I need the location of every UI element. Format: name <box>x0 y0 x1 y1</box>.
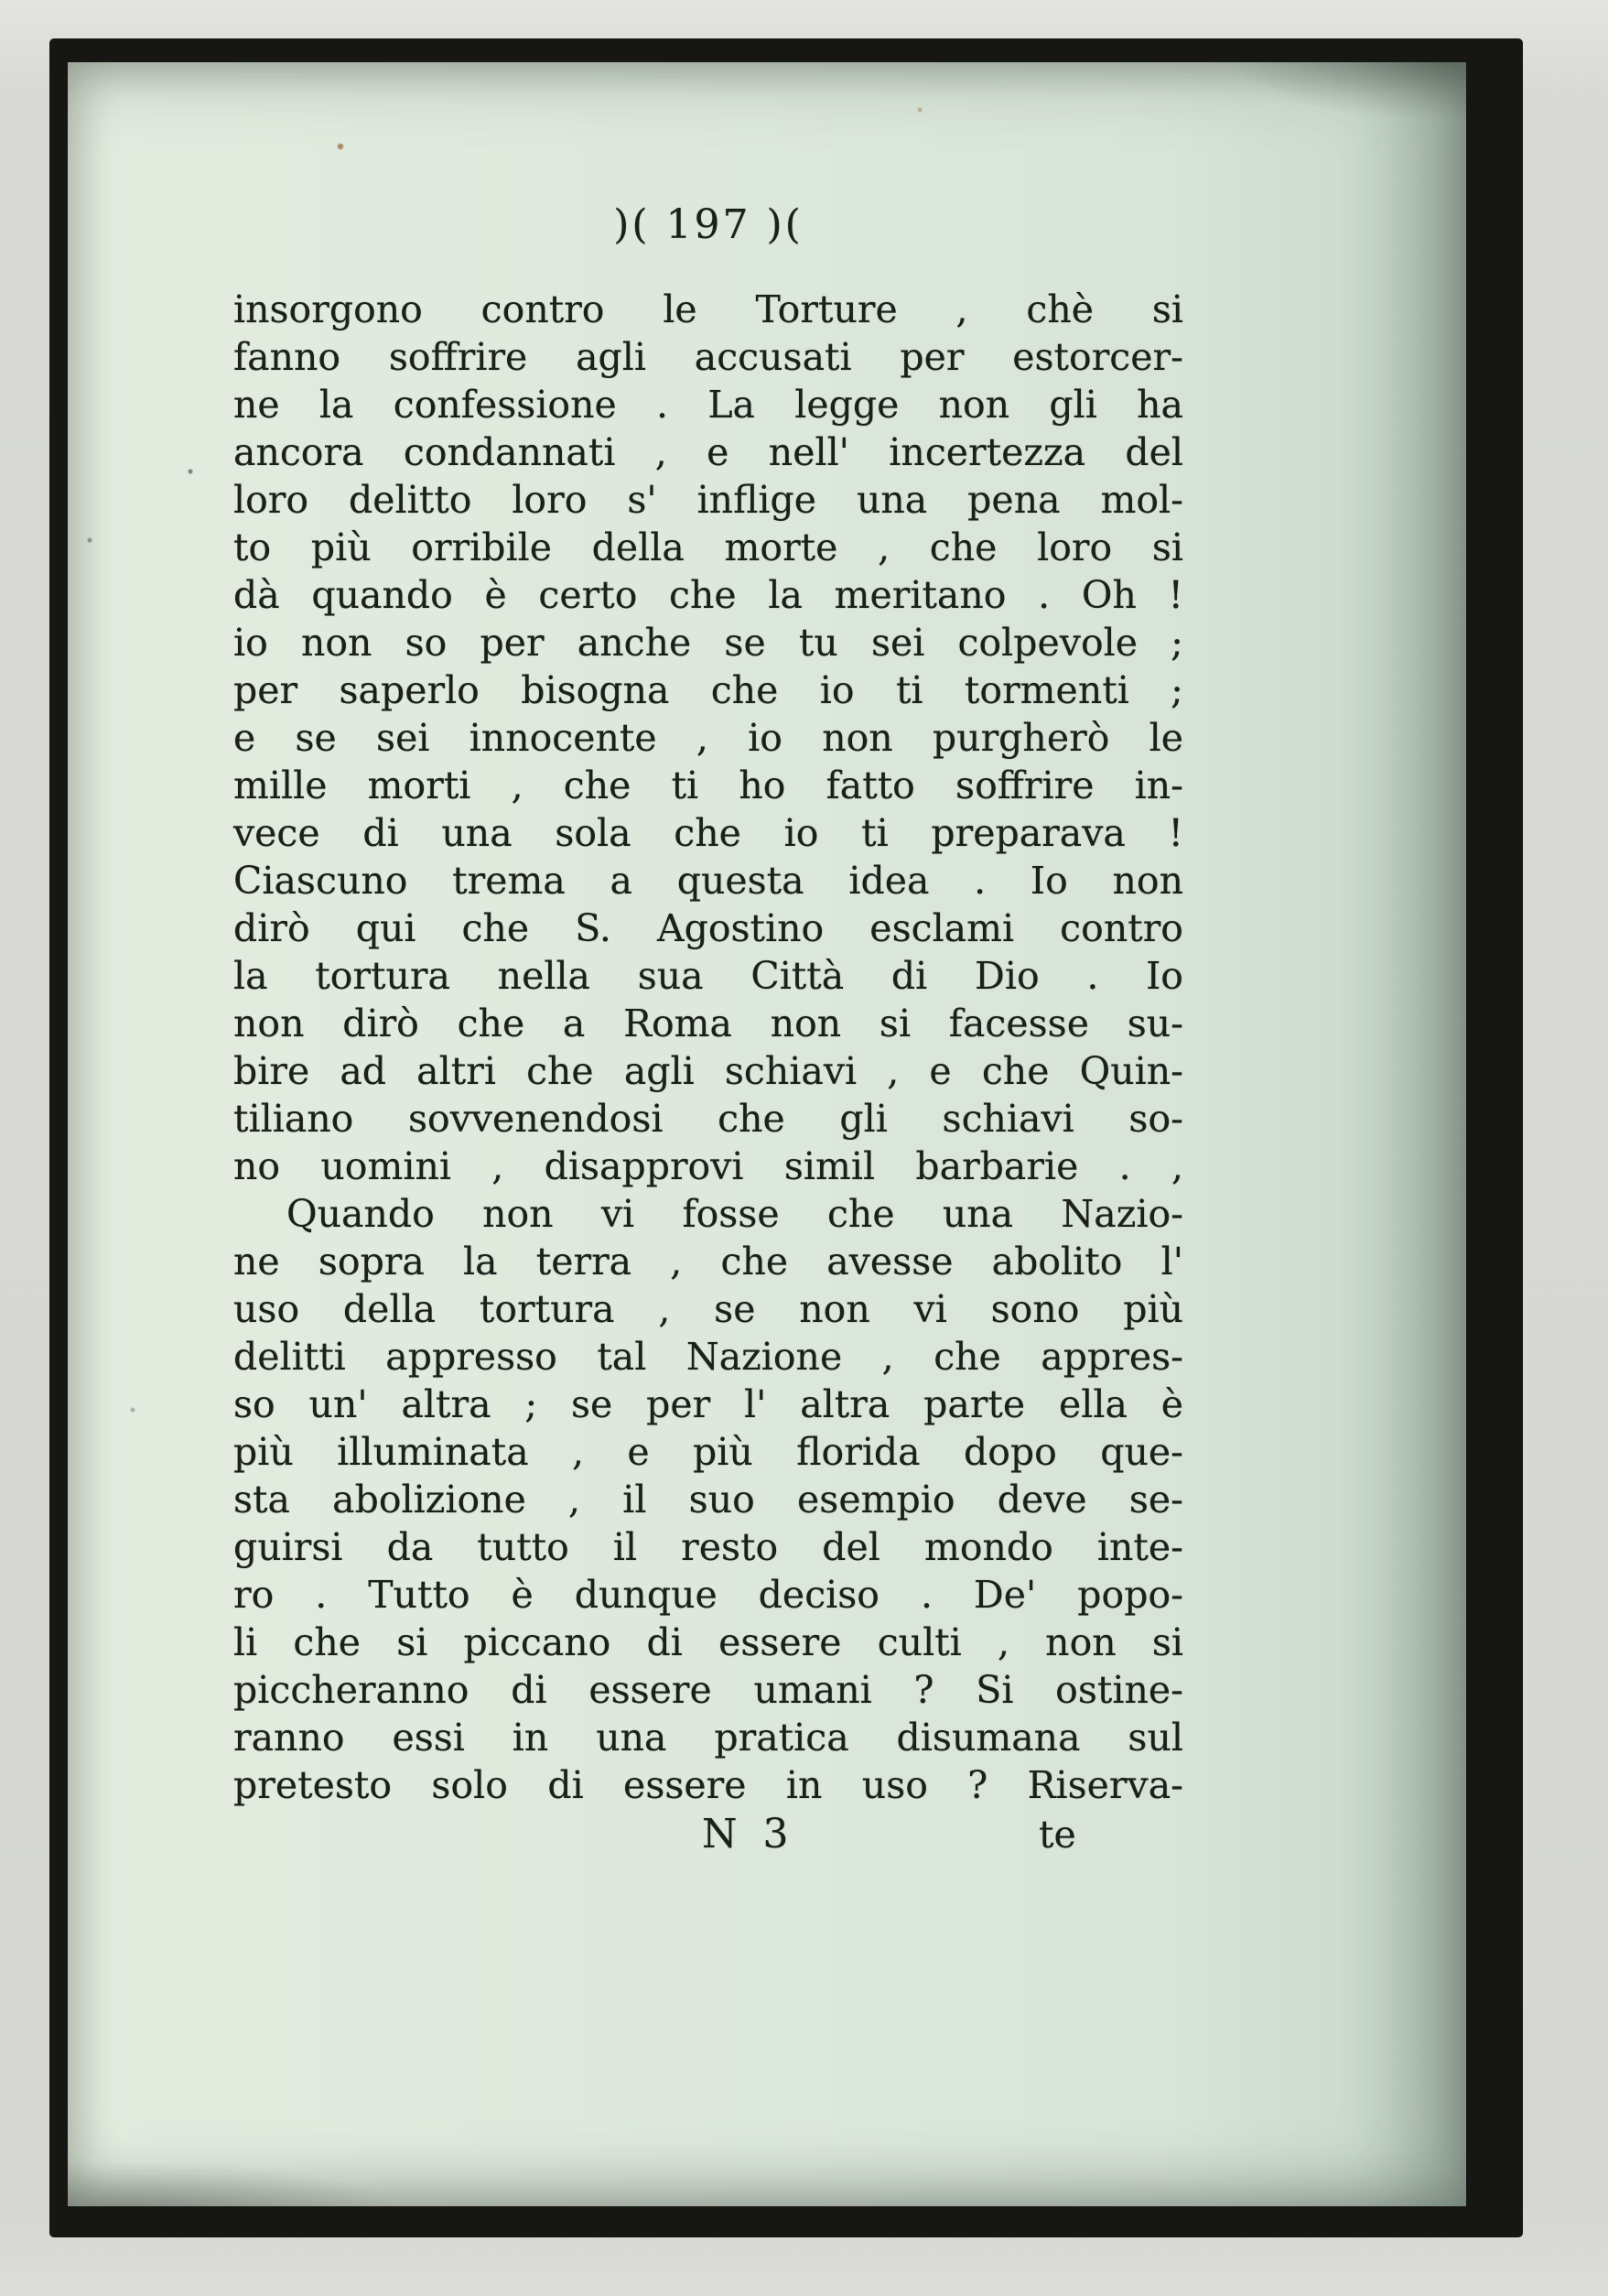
text-line: la tortura nella sua Città di Dio . Io <box>233 952 1183 1000</box>
text-line: ranno essi in una pratica disumana sul <box>233 1714 1183 1761</box>
text-line: insorgono contro le Torture , chè si <box>233 286 1183 333</box>
text-line: guirsi da tutto il resto del mondo inte- <box>233 1523 1183 1571</box>
text-line-paragraph-start: Quando non vi fosse che una Nazio- <box>233 1190 1183 1238</box>
text-line: più illuminata , e più florida dopo que- <box>233 1428 1183 1476</box>
book-scan-frame: )( 197 )( insorgono contro le Torture , … <box>49 38 1523 2237</box>
text-line: dirò qui che S. Agostino esclami contro <box>233 904 1183 952</box>
catchword: te <box>1039 1809 1076 1860</box>
text-line: dà quando è certo che la meritano . Oh ! <box>233 571 1183 619</box>
page-number-header: )( 197 )( <box>233 200 1183 251</box>
text-line: to più orribile della morte , che loro s… <box>233 524 1183 571</box>
text-line: e se sei innocente , io non purgherò le <box>233 714 1183 762</box>
text-line: Ciascuno trema a questa idea . Io non <box>233 857 1183 904</box>
text-line: per saperlo bisogna che io ti tormenti ; <box>233 666 1183 714</box>
scanned-page-background: )( 197 )( insorgono contro le Torture , … <box>0 0 1608 2296</box>
page-footer: N 3 te <box>233 1809 1183 1864</box>
text-line: fanno soffrire agli accusati per estorce… <box>233 333 1183 381</box>
text-column: )( 197 )( insorgono contro le Torture , … <box>233 200 1183 1864</box>
text-line: no uomini , disapprovi simil barbarie . … <box>233 1143 1183 1190</box>
text-line: delitti appresso tal Nazione , che appre… <box>233 1333 1183 1381</box>
text-line: non dirò che a Roma non si facesse su- <box>233 1000 1183 1047</box>
text-line: loro delitto loro s' inflige una pena mo… <box>233 476 1183 524</box>
text-line: mille morti , che ti ho fatto soffrire i… <box>233 762 1183 809</box>
text-line: ancora condannati , e nell' incertezza d… <box>233 428 1183 476</box>
text-line: uso della tortura , se non vi sono più <box>233 1285 1183 1333</box>
text-line: ne sopra la terra , che avesse abolito l… <box>233 1238 1183 1285</box>
text-line: ne la confessione . La legge non gli ha <box>233 381 1183 428</box>
text-line: so un' altra ; se per l' altra parte ell… <box>233 1381 1183 1428</box>
signature-mark: N 3 <box>702 1809 788 1860</box>
text-line: piccheranno di essere umani ? Si ostine- <box>233 1666 1183 1714</box>
text-line: bire ad altri che agli schiavi , e che Q… <box>233 1047 1183 1095</box>
body-text: insorgono contro le Torture , chè si fan… <box>233 286 1183 1809</box>
text-line: vece di una sola che io ti preparava ! <box>233 809 1183 857</box>
book-page: )( 197 )( insorgono contro le Torture , … <box>68 62 1466 2206</box>
text-line: sta abolizione , il suo esempio deve se- <box>233 1476 1183 1523</box>
text-line: ro . Tutto è dunque deciso . De' popo- <box>233 1571 1183 1619</box>
text-line: tiliano sovvenendosi che gli schiavi so- <box>233 1095 1183 1143</box>
text-line: li che si piccano di essere culti , non … <box>233 1619 1183 1666</box>
text-line: pretesto solo di essere in uso ? Riserva… <box>233 1761 1183 1809</box>
text-line: io non so per anche se tu sei colpevole … <box>233 619 1183 666</box>
